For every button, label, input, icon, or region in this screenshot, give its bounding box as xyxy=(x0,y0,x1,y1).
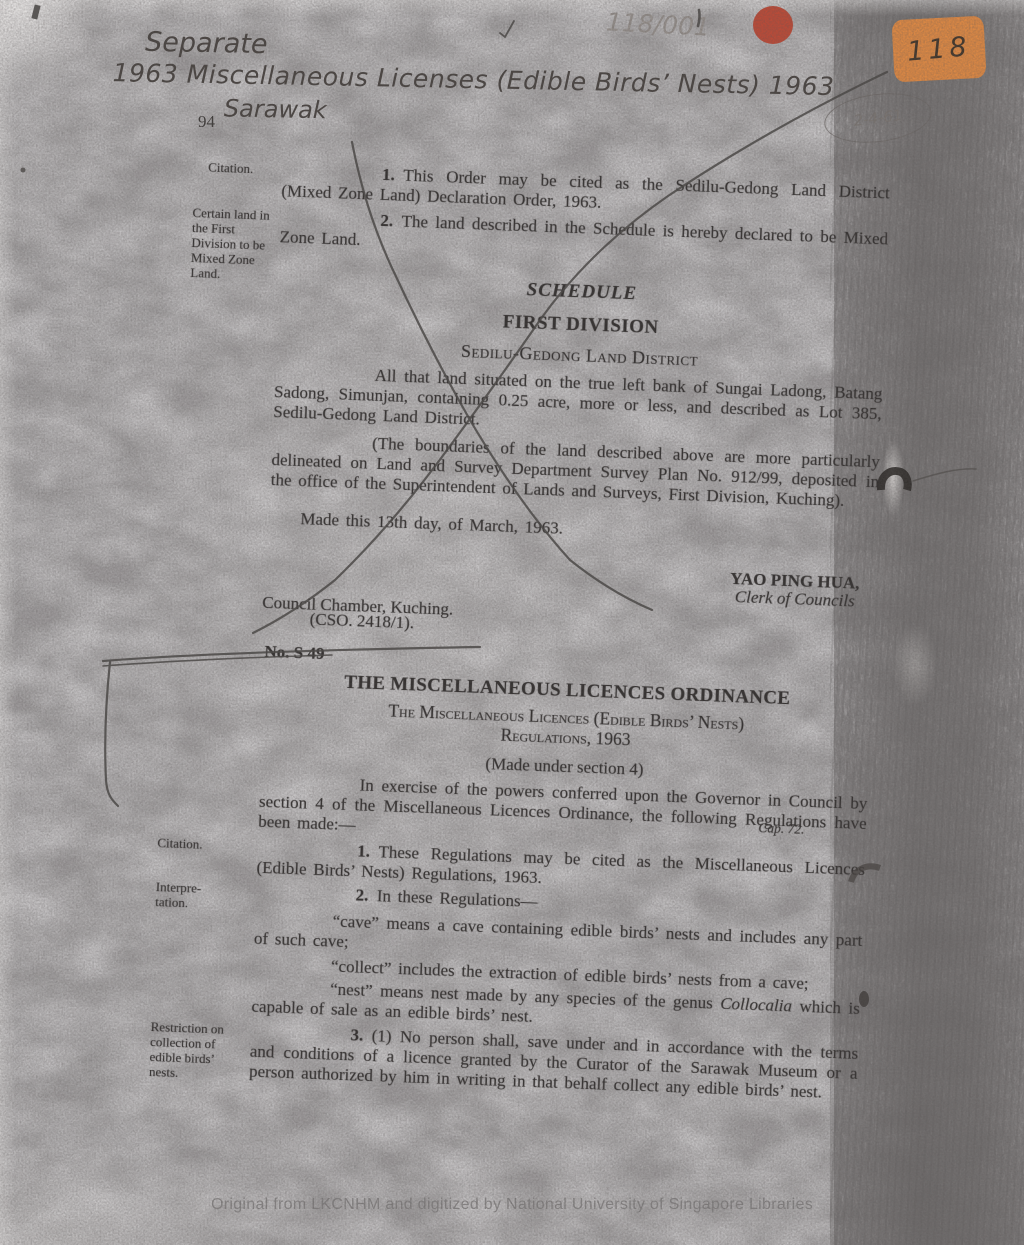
clause-text: This Order may be cited as the Sedilu-Ge… xyxy=(281,166,890,212)
orange-index-sticker: 118 xyxy=(891,16,986,83)
margin-note-citation: Citation. xyxy=(208,160,294,178)
clause-number: 2. xyxy=(380,211,393,230)
handwritten-place: Sarawak xyxy=(224,94,327,124)
signature-block: YAO PING HUA, Clerk of Councils Council … xyxy=(178,539,881,649)
margin-note-restriction: Restriction on collection of edible bird… xyxy=(149,1019,237,1082)
page-number: 94 xyxy=(198,112,215,132)
handwritten-note-separate: Separate xyxy=(145,27,268,60)
speck-top-left xyxy=(31,4,40,19)
regulation-text: In these Regulations— xyxy=(377,886,538,911)
red-dot-marker xyxy=(753,6,793,44)
scanned-document-page: Original from LKCNHM and digitized by Na… xyxy=(0,0,1024,1245)
regulation-number: 1. xyxy=(357,841,370,860)
file-reference: (CSO. 2418/1). xyxy=(309,610,414,634)
signatory-title: Clerk of Councils xyxy=(735,587,856,611)
pencil-reference-number: 118/001 xyxy=(605,7,710,41)
pencil-bracket-vertical xyxy=(105,662,118,806)
sticker-number: 118 xyxy=(906,31,972,67)
digitization-watermark: Original from LKCNHM and digitized by Na… xyxy=(0,1196,1024,1214)
margin-note-citation: Citation. xyxy=(157,835,243,853)
margin-note-cap: Cap. 72. xyxy=(758,818,805,840)
regulation-number: 3. xyxy=(350,1025,363,1044)
regulation-text: (1) No person shall, save under and in a… xyxy=(249,1026,859,1102)
clause-number: 1. xyxy=(382,165,395,184)
margin-note-certain-land: Certain land in the First Division to be… xyxy=(190,205,279,283)
genus-name-italic: Collocalia xyxy=(720,994,792,1016)
handwritten-title: 1963 Miscellaneous Licenses (Edible Bird… xyxy=(112,58,834,101)
speck-left-margin xyxy=(21,168,26,173)
regulation-number: 2. xyxy=(355,885,368,904)
typed-document: Citation. 1. This Order may be cited as … xyxy=(161,146,895,1104)
pencil-tick xyxy=(500,21,514,37)
